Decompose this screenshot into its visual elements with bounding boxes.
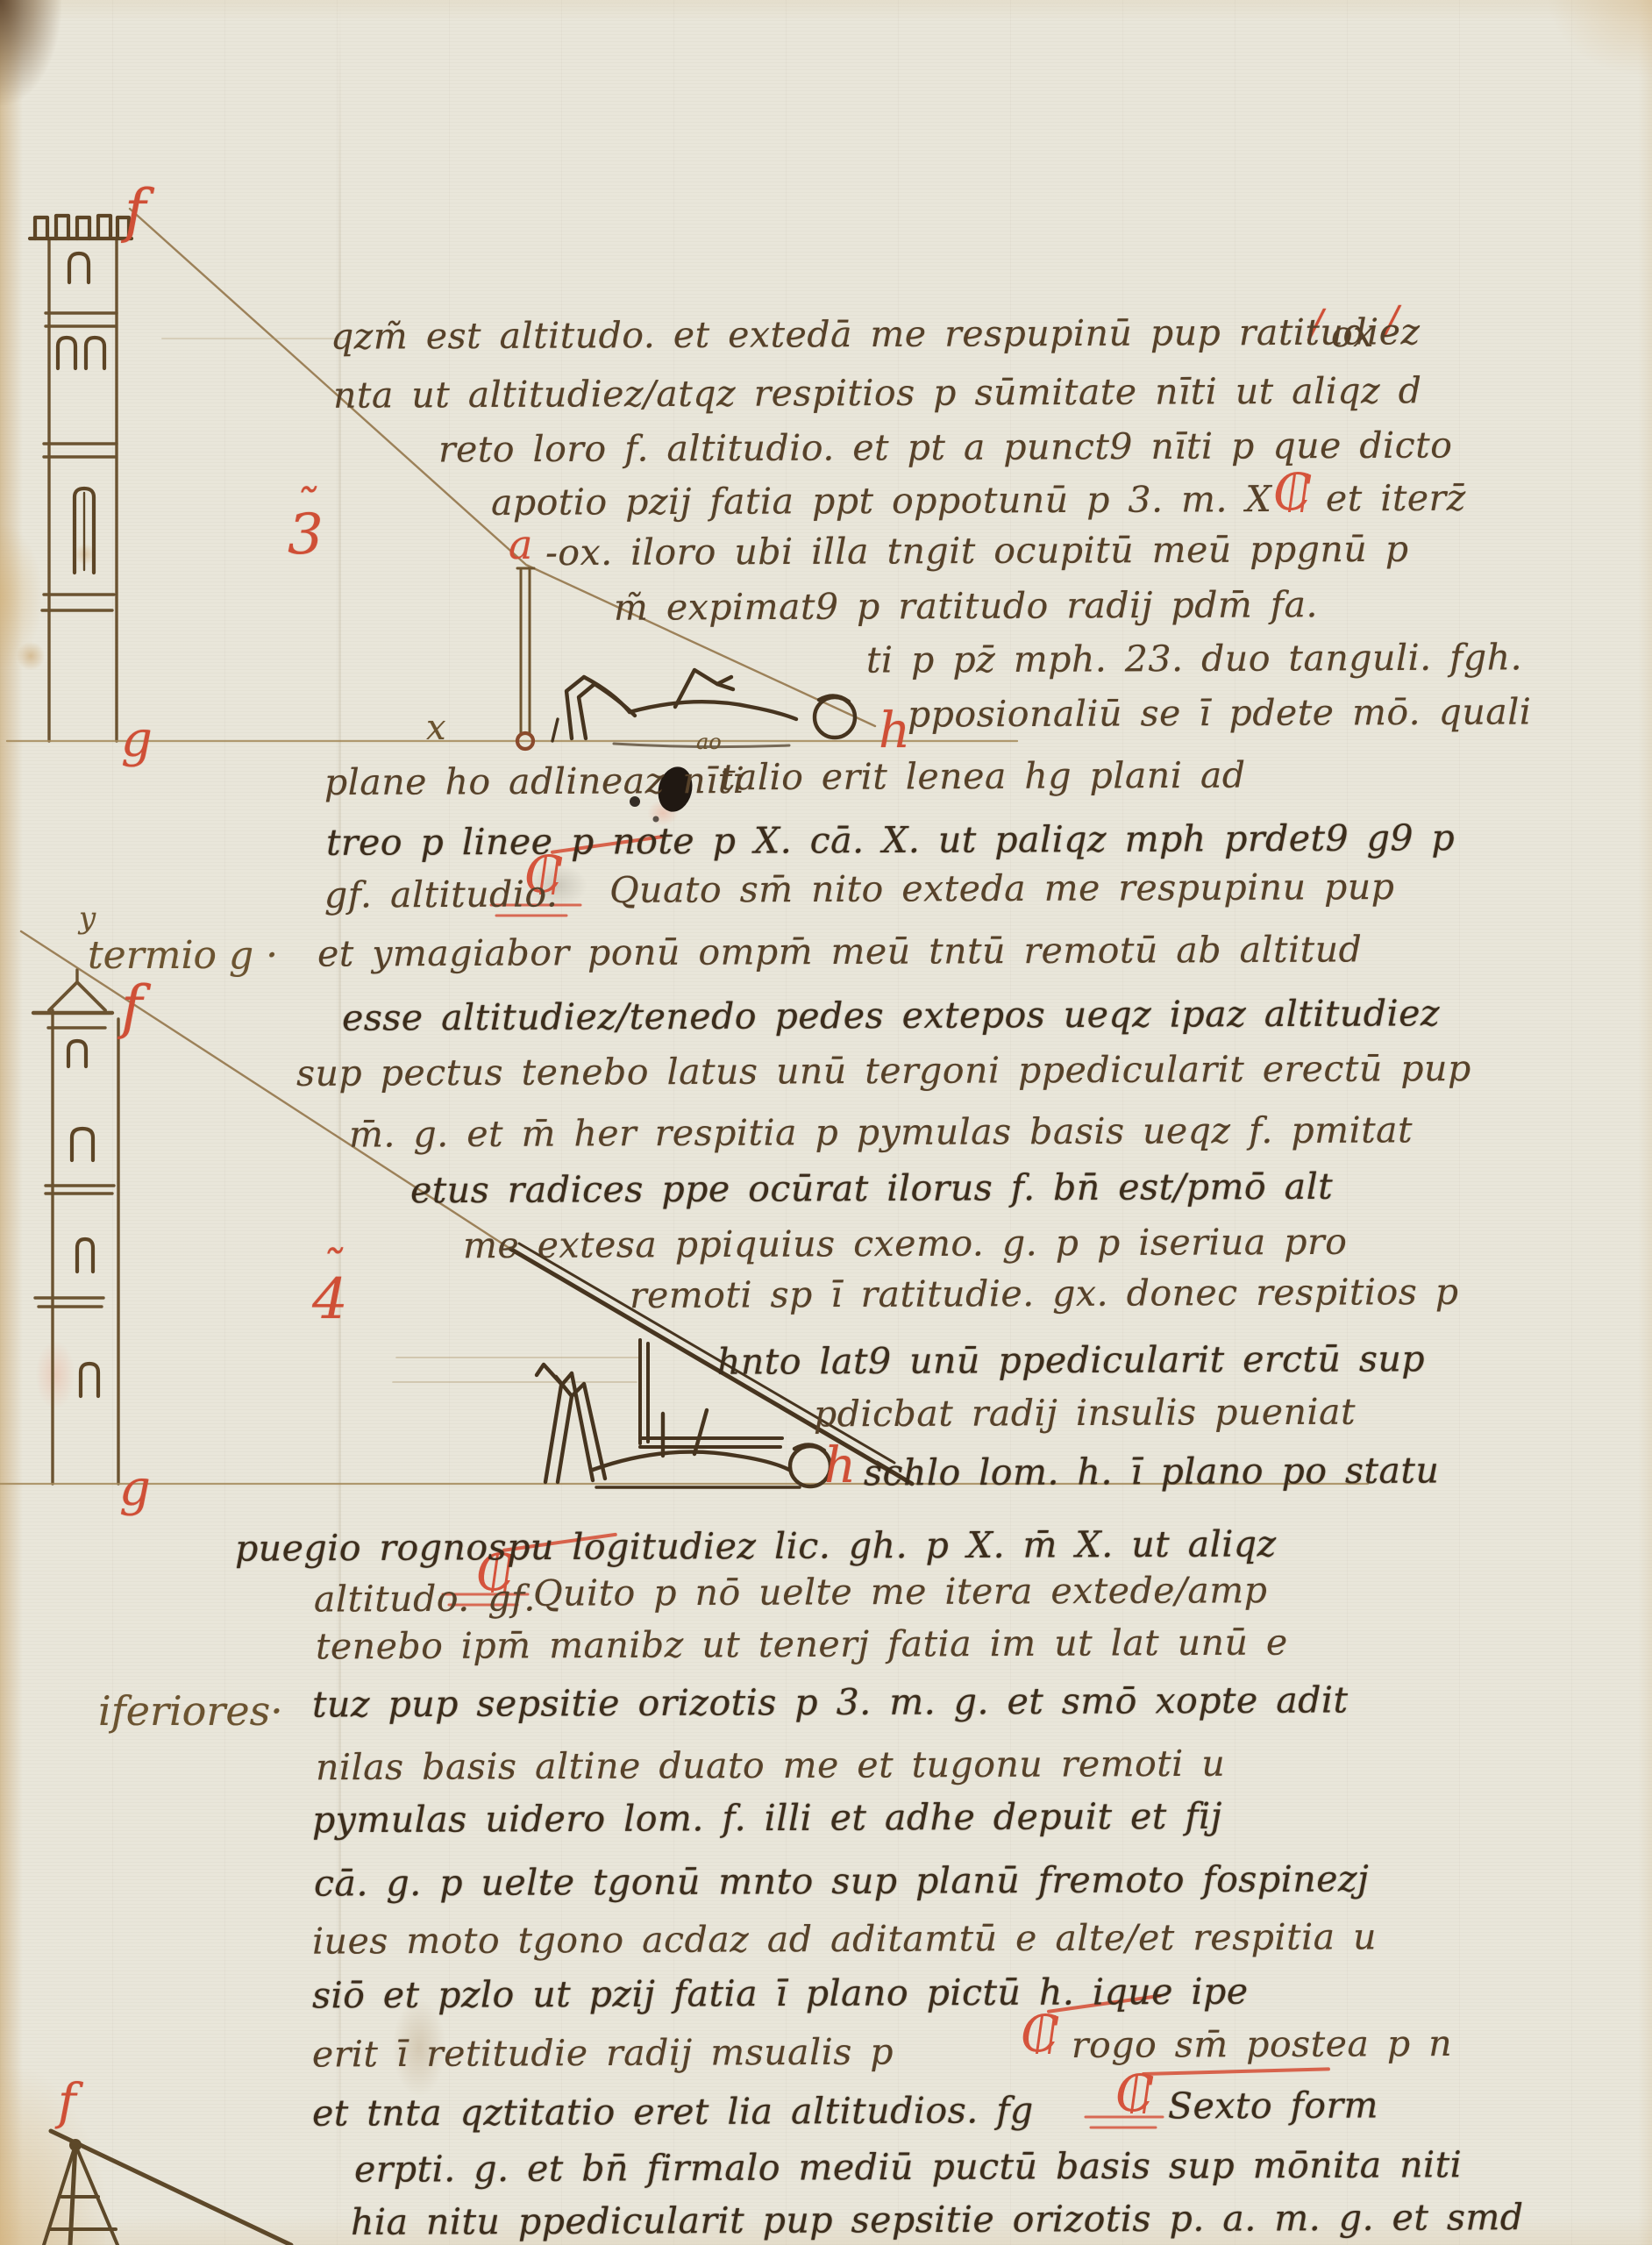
manuscript-text-line: qzm̃ est altitudo. et extedā me respupin… <box>331 311 1421 358</box>
rubric-point-label: f <box>121 979 142 1037</box>
manuscript-text-line: et tnta qztitatio eret lia altitudios. f… <box>312 2090 1034 2135</box>
manuscript-text-line: plane ho adlineaz nīti <box>324 760 745 803</box>
tower-1-windows <box>58 253 104 573</box>
manuscript-text-line: hia nitu ppedicularit pup sepsitie orizo… <box>351 2197 1524 2243</box>
tower-1-drawing <box>30 216 132 741</box>
manuscript-text-line: nilas basis altine duato me et tugonu re… <box>316 1743 1225 1789</box>
rubric-point-label: a <box>509 524 532 565</box>
manuscript-text-line: treo p linee p note p X. cā. X. ut paliq… <box>326 817 1455 864</box>
manuscript-text-line: esse altitudiez/tenedo pedes extepos ueq… <box>342 993 1440 1039</box>
rubric-point-label: g <box>119 1465 151 1514</box>
tower-2-drawing <box>33 970 118 1484</box>
manuscript-text-line: remoti sp ī ratitudie. gx. donec respiti… <box>630 1272 1459 1316</box>
tower-1-battlements <box>30 216 132 239</box>
rubric-point-label: ˜ <box>319 1245 342 1291</box>
manuscript-text-line: erpti. g. et bn̄ firmalo mediū puctū bas… <box>354 2144 1463 2191</box>
manuscript-text-line: tenebo ipm̄ manibz ut tenerj fatia im ut… <box>316 1622 1288 1668</box>
manuscript-text-line: ti p pz̄ mph. 23. duo tanguli. fgh. <box>866 637 1522 681</box>
manuscript-text-line: altitudo. gf. <box>314 1578 536 1620</box>
manuscript-text-line: puegio rognospu logitudiez lic. gh. p X.… <box>235 1523 1277 1569</box>
manuscript-text-line: ox <box>1331 314 1374 355</box>
rubric-point-label: f <box>125 182 146 240</box>
manuscript-text-line: reto loro f. altitudio. et pt a punct9 n… <box>438 424 1453 470</box>
rubric-point-label: h <box>879 707 910 756</box>
pilcrow-mark: C <box>1273 467 1319 521</box>
manuscript-page: fgah3˜fgh4˜f∕∕termio g ·yiferiores·xaoCC… <box>0 0 1652 2245</box>
manuscript-text-line: pdicbat radij insulis pueniat <box>814 1392 1356 1436</box>
manuscript-text-line: m̄. g. et m̄ her respitia p pymulas basi… <box>349 1109 1413 1155</box>
manuscript-text-line: hnto lat9 unū ppedicularit erctū sup <box>717 1338 1425 1383</box>
measuring-pole <box>517 568 534 735</box>
rubric-point-label: ˜ <box>293 484 316 530</box>
manuscript-text-line: iues moto tgono acdaz ad aditamtū e alte… <box>312 1916 1377 1962</box>
margin-note-label: x <box>426 710 446 745</box>
manuscript-text-line: etus radices ppe ocūrat ilorus f. bn̄ es… <box>410 1166 1333 1212</box>
manuscript-text-line: me extesa ppiquius cxemo. g. p p iseriua… <box>463 1222 1348 1267</box>
manuscript-text-line: Sexto form <box>1168 2085 1378 2127</box>
pilcrow-mark: C <box>1021 2008 1066 2063</box>
manuscript-text-line: pposionaliū se ī pdete mō. quali <box>908 691 1532 735</box>
margin-note-label: iferiores· <box>98 1691 283 1731</box>
margin-note-label: ao <box>696 731 722 752</box>
manuscript-text-line: Quato sm̄ nito exteda me respupinu pup <box>609 866 1395 911</box>
manuscript-text-line: sup pectus tenebo latus unū tergoni pped… <box>296 1048 1471 1094</box>
manuscript-text-line: rogo sm̄ postea p n <box>1072 2023 1452 2066</box>
manuscript-text-line: apotio pzij fatia ppt oppotunū p 3. m. X <box>491 479 1271 524</box>
margin-note-label: termio g · <box>88 937 278 975</box>
manuscript-text-line: gf. altitudio. <box>324 873 559 916</box>
manuscript-text-line: Quito p nō uelte me itera extede/amp <box>533 1570 1268 1614</box>
tower-2-gable <box>49 982 105 1010</box>
manuscript-text-line: talio erit lenea hg plani ad <box>721 755 1246 799</box>
manuscript-text-line: schlo lom. h. ī plano po statu <box>864 1450 1440 1494</box>
faint-construction-line-2 <box>393 1358 640 1382</box>
observer-figure-2 <box>537 1365 830 1487</box>
tower-2-windows <box>68 1041 98 1396</box>
rubric-point-label: g <box>121 716 153 765</box>
manuscript-text-line: erit ī retitudie radij msualis p <box>312 2032 894 2076</box>
pilcrow-mark: C <box>1115 2068 1161 2122</box>
rubric-point-label: h <box>824 1442 856 1491</box>
manuscript-text-line: tuz pup sepsitie orizotis p 3. m. g. et … <box>312 1679 1349 1725</box>
rubric-point-label: f <box>58 2078 76 2127</box>
manuscript-text-line: nta ut altitudiez/atqz respitios p sūmit… <box>333 370 1422 417</box>
manuscript-text-line: siō et pzlo ut pzij fatia ī plano pictū … <box>312 1971 1249 2017</box>
manuscript-text-line: cā. g. p uelte tgonū mnto sup planū frem… <box>314 1858 1369 1904</box>
manuscript-text-line: -ox. iloro ubi illa tngit ocupitū meū pp… <box>545 529 1409 574</box>
manuscript-text-line: et iterz̄ <box>1326 478 1466 520</box>
margin-note-label: y <box>79 903 96 933</box>
manuscript-text-line: et ymagiabor ponū ompm̄ meū tntū remotū … <box>317 929 1363 974</box>
manuscript-text-line: pymulas uidero lom. f. illi et adhe depu… <box>312 1796 1222 1842</box>
manuscript-text-line: m̃ expimat9 p ratitudo radij pdm̄ fa. <box>614 584 1318 629</box>
